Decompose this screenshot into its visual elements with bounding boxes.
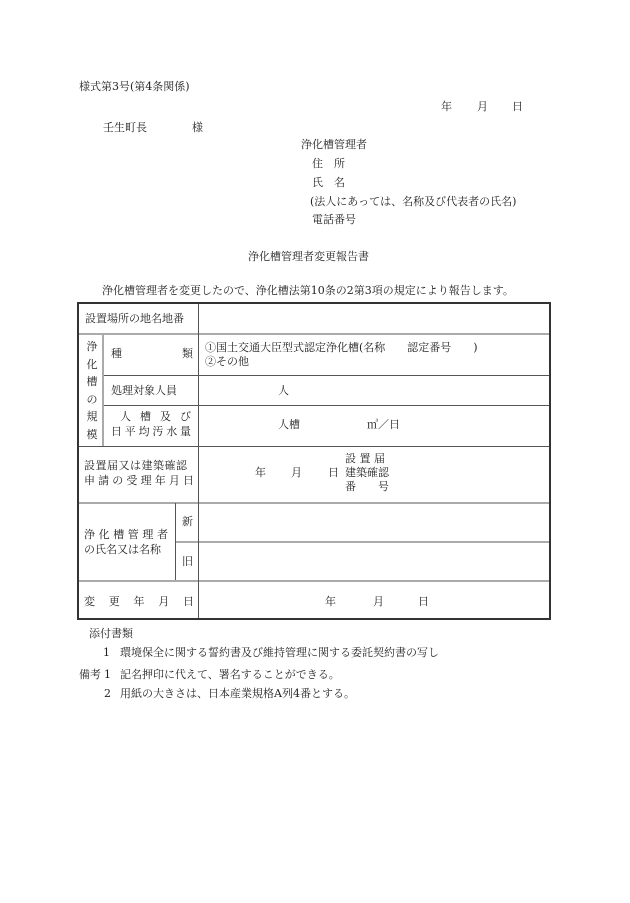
receipt-label-line2: 申 請 の 受 理 年 月 日 [84, 474, 194, 488]
divider [176, 541, 549, 543]
receipt-number-label-3: 番 号 [345, 480, 389, 494]
type-option-1[interactable]: ①国土交通大臣型式認定浄化槽(名称 認定番号 ) [205, 341, 478, 355]
remarks-heading: 備考 [79, 668, 101, 682]
divider [79, 580, 549, 582]
date-month-label: 月 [477, 100, 488, 114]
scale-group-label: 浄 化 槽 の 規 模 [85, 338, 99, 443]
date-day-label: 日 [512, 100, 523, 114]
manager-label-line2: の氏名又は名称 [84, 543, 161, 557]
change-date-label: 変 更 年 月 日 [84, 595, 194, 609]
attachment-1-text: 環境保全に関する誓約書及び維持管理に関する委託契約書の写し [120, 646, 439, 660]
manager-label-line1: 浄 化 槽 管 理 者 [84, 528, 168, 542]
applicant-phone-label: 電話番号 [312, 213, 356, 227]
receipt-year-label: 年 [255, 466, 266, 480]
divider [79, 446, 549, 447]
divider [175, 503, 176, 580]
location-field[interactable] [203, 308, 543, 330]
remark-2-number: 2 [104, 687, 111, 701]
applicant-corporate-note: (法人にあっては、名称及び代表者の氏名) [310, 195, 516, 209]
report-table: 設置場所の地名地番 浄 化 槽 の 規 模 種類 ①国土交通大臣型式認定浄化槽(… [77, 302, 551, 620]
form-number: 様式第3号(第4条関係) [79, 80, 190, 94]
remark-2-text: 用紙の大きさは、日本産業規格A列4番とする。 [120, 687, 355, 701]
divider [198, 304, 199, 618]
document-title: 浄化槽管理者変更報告書 [248, 250, 369, 264]
date-year-label: 年 [441, 100, 452, 114]
receipt-label-line1: 設置届又は建築確認 [84, 459, 188, 473]
change-year-label: 年 [325, 595, 336, 609]
change-month-label: 月 [373, 595, 384, 609]
old-label: 旧 [182, 555, 193, 569]
divider [79, 333, 549, 335]
addressee-honorific: 様 [192, 121, 203, 135]
capacity-label-line2: 日 平 均 汚 水 量 [111, 425, 191, 439]
receipt-number-label-2: 建築確認 [345, 466, 389, 480]
type-option-2[interactable]: ②その他 [205, 355, 249, 369]
remark-1-number: 1 [104, 668, 111, 682]
new-label: 新 [182, 515, 193, 529]
receipt-number-label-1: 設 置 届 [345, 452, 385, 466]
persons-unit: 人 [278, 384, 289, 398]
capacity-unit-volume: ㎥／日 [367, 418, 400, 432]
capacity-label-line1: 人 槽 及 び [111, 410, 191, 424]
divider [102, 334, 104, 446]
addressee-name: 壬生町長 [103, 121, 147, 135]
capacity-unit-persons: 人槽 [278, 418, 300, 432]
persons-label: 処理対象人員 [111, 384, 177, 398]
old-manager-field[interactable] [203, 547, 543, 575]
attachments-heading: 添付書類 [89, 627, 133, 641]
divider [79, 502, 549, 504]
new-manager-field[interactable] [203, 508, 543, 536]
attachment-1-number: 1 [103, 646, 110, 660]
applicant-title: 浄化槽管理者 [301, 138, 367, 152]
divider [103, 375, 549, 376]
applicant-name-label: 氏 名 [312, 176, 345, 190]
receipt-day-label: 日 [328, 466, 339, 480]
divider [103, 405, 549, 406]
receipt-month-label: 月 [291, 466, 302, 480]
intro-text: 浄化槽管理者を変更したので、浄化槽法第10条の2第3項の規定により報告します。 [102, 284, 514, 298]
type-label: 種類 [111, 347, 193, 361]
location-label: 設置場所の地名地番 [85, 312, 184, 326]
applicant-address-label: 住 所 [312, 157, 345, 171]
remark-1-text: 記名押印に代えて、署名することができる。 [120, 668, 340, 682]
change-day-label: 日 [418, 595, 429, 609]
